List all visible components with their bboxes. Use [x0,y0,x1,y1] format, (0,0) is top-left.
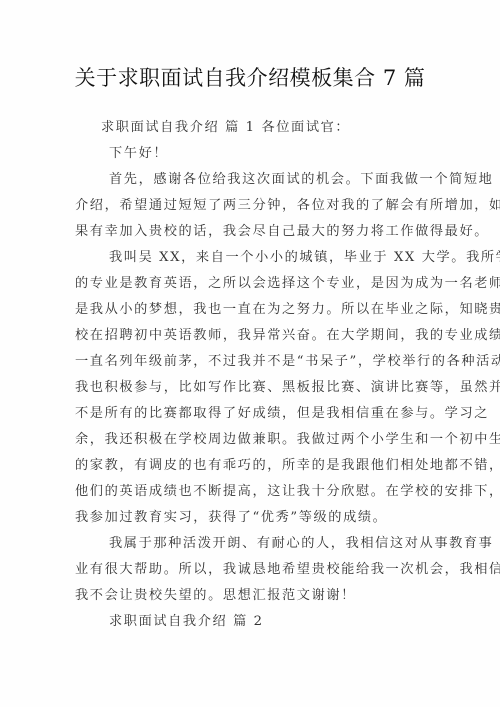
paragraph-line: 我不会让贵校失望的。思想汇报范文谢谢！ [75,588,423,604]
paragraph-line: 的家教，有调皮的也有乖巧的，所幸的是我跟他们相处地都不错， [75,458,423,474]
paragraph-line: 首先，感谢各位给我这次面试的机会。下面我做一个简短地 [109,172,423,188]
paragraph-line: 是我从小的梦想，我也一直在为之努力。所以在毕业之际，知晓贵 [75,302,423,318]
document-page: 关于求职面试自我介绍模板集合 7 篇 求职面试自我介绍 篇 1 各位面试官：下午… [0,0,500,707]
paragraph-line: 求职面试自我介绍 篇 1 各位面试官： [101,120,423,136]
paragraph-line: 我属于那种活泼开朗、有耐心的人，我相信这对从事教育事 [109,536,423,552]
paragraph-line: 我也积极参与，比如写作比赛、黑板报比赛、演讲比赛等，虽然并 [75,380,423,396]
paragraph-line: 余，我还积极在学校周边做兼职。我做过两个小学生和一个初中生 [75,432,423,448]
paragraph-line: 果有幸加入贵校的话，我会尽自己最大的努力将工作做得最好。 [75,224,423,240]
paragraph-line: 下午好！ [109,146,423,162]
paragraph-line: 校在招聘初中英语教师，我异常兴奋。在大学期间，我的专业成绩 [75,328,423,344]
paragraph-line: 他们的英语成绩也不断提高，这让我十分欣慰。在学校的安排下， [75,484,423,500]
paragraph-line: 我参加过教育实习，获得了“优秀”等级的成绩。 [75,510,423,526]
paragraph-line: 求职面试自我介绍 篇 2 [109,614,423,630]
paragraph-line: 业有很大帮助。所以，我诚恳地希望贵校能给我一次机会，我相信 [75,562,423,578]
paragraph-line: 不是所有的比赛都取得了好成绩，但是我相信重在参与。学习之 [75,406,423,422]
paragraph-line: 一直名列年级前茅，不过我并不是“书呆子”，学校举行的各种活动 [75,354,423,370]
document-title: 关于求职面试自我介绍模板集合 7 篇 [0,62,500,92]
paragraph-line: 的专业是教育英语，之所以会选择这个专业，是因为成为一名老师 [75,276,423,292]
paragraph-line: 介绍，希望通过短短了两三分钟，各位对我的了解会有所增加，如 [75,198,423,214]
paragraph-line: 我叫吴 XX，来自一个小小的城镇，毕业于 XX 大学。我所学 [109,250,423,266]
